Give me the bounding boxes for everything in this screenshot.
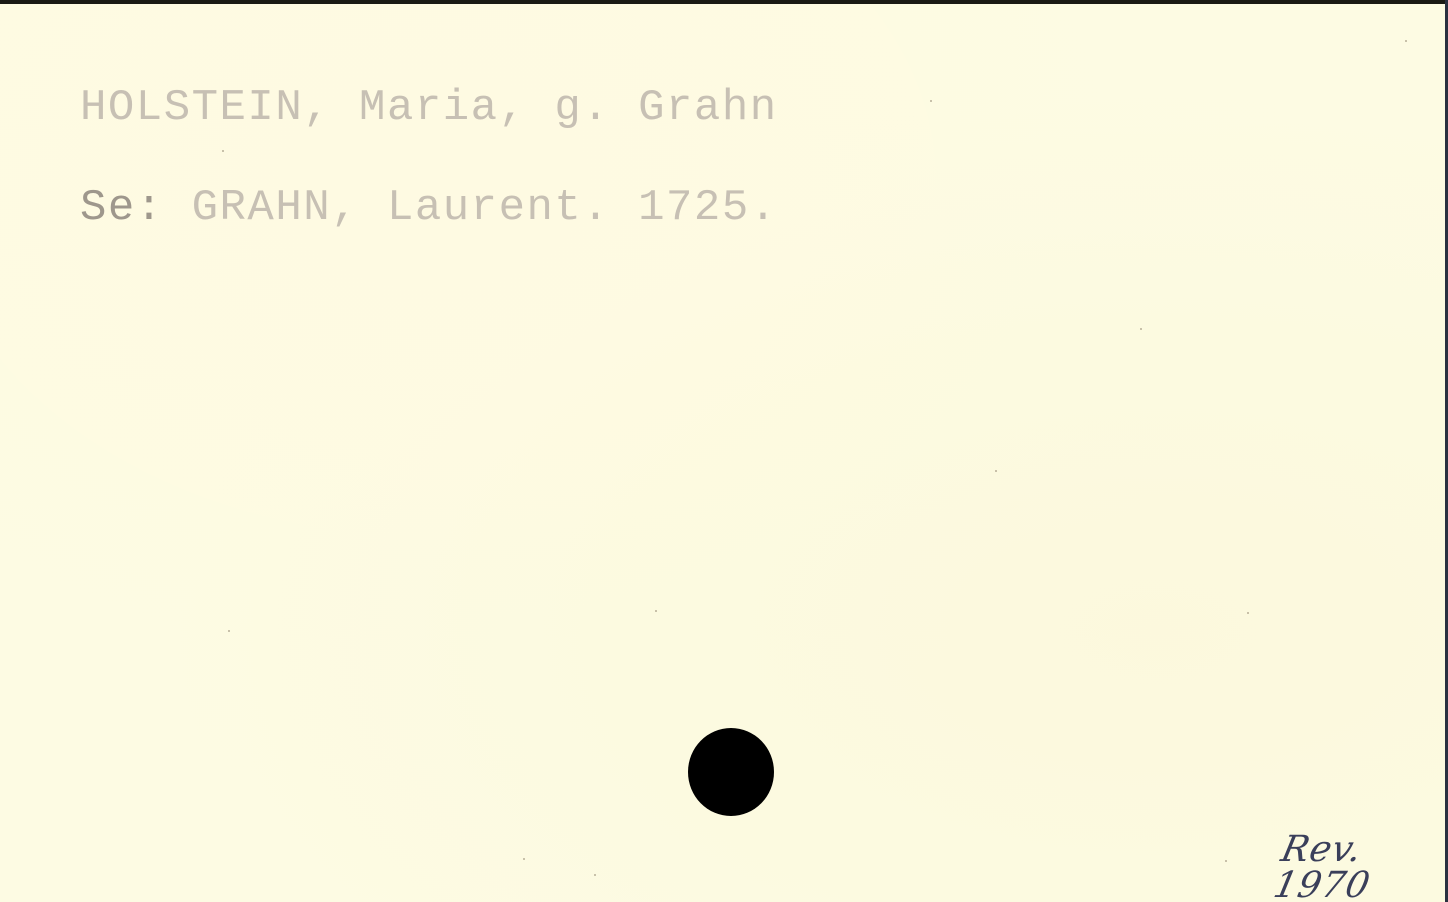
index-card: HOLSTEIN, Maria, g. Grahn Se: GRAHN, Lau… [0, 0, 1448, 902]
reference-prefix: Se: [80, 183, 164, 233]
reference-surname: GRAHN, [192, 183, 359, 233]
paper-speck [655, 610, 657, 612]
paper-speck [1140, 328, 1142, 330]
paper-speck [1247, 612, 1249, 614]
heading-note: g. Grahn [554, 83, 777, 133]
paper-speck [930, 100, 932, 102]
card-top-edge [0, 0, 1448, 4]
heading-given-name: Maria, [359, 83, 526, 133]
card-heading-line: HOLSTEIN, Maria, g. Grahn [80, 86, 778, 130]
paper-speck [222, 150, 224, 152]
card-reference-line: Se: GRAHN, Laurent. 1725. [80, 186, 778, 230]
paper-speck [228, 630, 230, 632]
paper-speck [523, 858, 525, 860]
paper-speck [594, 874, 596, 876]
heading-surname: HOLSTEIN, [80, 83, 331, 133]
paper-speck [995, 470, 997, 472]
paper-speck [1405, 40, 1407, 42]
paper-speck [1225, 860, 1227, 862]
punch-hole-icon [688, 728, 774, 816]
reference-year: 1725. [638, 183, 778, 233]
handwritten-revision-note: Rev. 1970 [1270, 832, 1448, 902]
reference-given-name: Laurent. [387, 183, 610, 233]
